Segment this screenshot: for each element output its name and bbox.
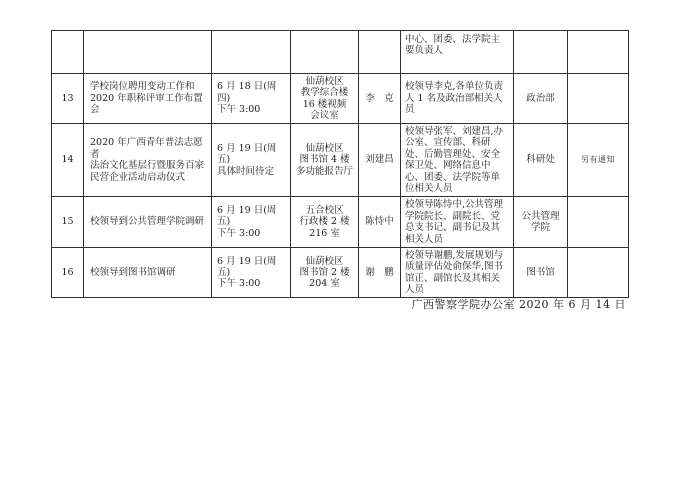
cell-host: 陈恃中 (359, 197, 401, 248)
cell-location: 仙葫校区 图书馆 4 楼 多功能报告厅 (291, 124, 359, 197)
table-row-13: 13 学校岗位聘用变动工作和 2020 年职称评审工作布置会 6 月 18 日(… (52, 74, 629, 124)
cell-content: 学校岗位聘用变动工作和 2020 年职称评审工作布置会 (84, 74, 212, 124)
cell-seq: 16 (52, 247, 84, 298)
schedule-table: 中心、团委、法学院主要负责人 13 学校岗位聘用变动工作和 2020 年职称评审… (51, 30, 629, 298)
cell-location: 五合校区 行政楼 2 楼 216 室 (291, 197, 359, 248)
schedule-table-container: 中心、团委、法学院主要负责人 13 学校岗位聘用变动工作和 2020 年职称评审… (51, 30, 629, 298)
cell-host: 李 克 (359, 74, 401, 124)
cell-host: 刘建昌 (359, 124, 401, 197)
cell-participants: 校领导陈恃中,公共管理学院院长、副院长、党总支书记、副书记及其相关人员 (401, 197, 514, 248)
cell-host: 谢 鹏 (359, 247, 401, 298)
cell-time: 6 月 19 日(周五) 下午 3:00 (212, 197, 291, 248)
cell-unit (514, 31, 568, 74)
cell-unit: 政治部 (514, 74, 568, 124)
cell-content (84, 31, 212, 74)
cell-seq (52, 31, 84, 74)
cell-notes (568, 197, 629, 248)
cell-location (291, 31, 359, 74)
table-row-14: 14 2020 年广西青年普法志愿者 法治文化基层行暨服务百家 民营企业活动启动… (52, 124, 629, 197)
footer-signature: 广西警察学院办公室 2020 年 6 月 14 日 (51, 296, 626, 312)
cell-participants: 中心、团委、法学院主要负责人 (401, 31, 514, 74)
cell-unit: 图书馆 (514, 247, 568, 298)
cell-time: 6 月 18 日(周四) 下午 3:00 (212, 74, 291, 124)
table-row-16: 16 校领导到图书馆调研 6 月 19 日(周五) 下午 3:00 仙葫校区 图… (52, 247, 629, 298)
cell-notes (568, 74, 629, 124)
cell-notes: 另有通知 (568, 124, 629, 197)
cell-content: 校领导到图书馆调研 (84, 247, 212, 298)
cell-time: 6 月 19 日(周五) 下午 3:00 (212, 247, 291, 298)
cell-content: 校领导到公共管理学院调研 (84, 197, 212, 248)
cell-time: 6 月 19 日(周五) 具体时间待定 (212, 124, 291, 197)
document-page: 中心、团委、法学院主要负责人 13 学校岗位聘用变动工作和 2020 年职称评审… (0, 0, 680, 480)
cell-participants: 校领导张军、刘建昌,办公室、宣传部、科研处、后勤管理处、安全保卫处、网络信息中心… (401, 124, 514, 197)
table-row-continuation: 中心、团委、法学院主要负责人 (52, 31, 629, 74)
cell-notes (568, 247, 629, 298)
cell-seq: 15 (52, 197, 84, 248)
cell-location: 仙葫校区 图书馆 2 楼 204 室 (291, 247, 359, 298)
cell-seq: 13 (52, 74, 84, 124)
cell-content: 2020 年广西青年普法志愿者 法治文化基层行暨服务百家 民营企业活动启动仪式 (84, 124, 212, 197)
cell-notes (568, 31, 629, 74)
cell-unit: 科研处 (514, 124, 568, 197)
cell-unit: 公共管理 学院 (514, 197, 568, 248)
cell-location: 仙葫校区 教学综合楼 16 楼视频 会议室 (291, 74, 359, 124)
cell-participants: 校领导谢鹏,发展规划与质量评估处俞保华,图书馆正、副馆长及其相关人员 (401, 247, 514, 298)
cell-participants: 校领导李克,各单位负责人 1 名及政治部相关人员 (401, 74, 514, 124)
cell-time (212, 31, 291, 74)
cell-host (359, 31, 401, 74)
cell-seq: 14 (52, 124, 84, 197)
table-row-15: 15 校领导到公共管理学院调研 6 月 19 日(周五) 下午 3:00 五合校… (52, 197, 629, 248)
